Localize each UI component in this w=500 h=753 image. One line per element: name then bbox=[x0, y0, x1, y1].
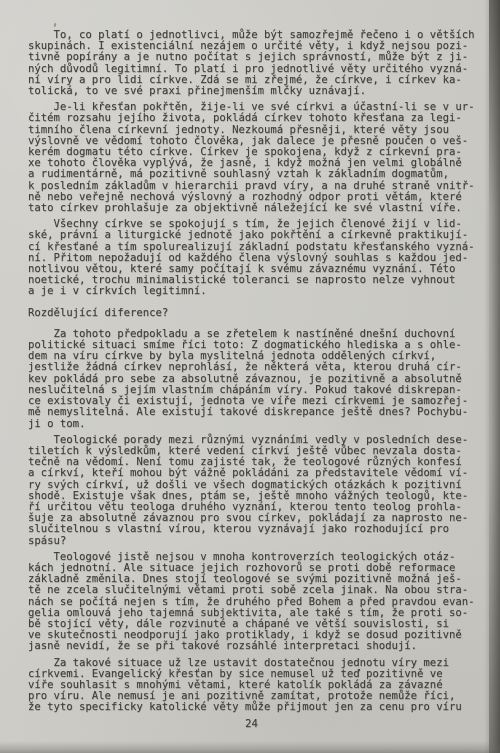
paragraph-6: Teologové jistě nejsou v mnoha kontrover… bbox=[28, 552, 475, 653]
scan-speck bbox=[53, 23, 56, 27]
scan-shadow-right bbox=[484, 0, 500, 753]
page-number: 24 bbox=[28, 719, 475, 730]
paragraph-5: Teologické porady mezi různými vyznáními… bbox=[28, 435, 475, 547]
text-block: To, co platí o jednotlivci, může být sam… bbox=[28, 30, 475, 730]
paragraph-2: Je-li křesťan pokřtěn, žije-li ve své cí… bbox=[28, 102, 475, 214]
paragraph-7: Za takové situace už lze ustavit dostate… bbox=[28, 658, 475, 714]
scanned-document-page: To, co platí o jednotlivci, může být sam… bbox=[0, 0, 500, 753]
paragraph-4: Za tohoto předpokladu a se zřetelem k na… bbox=[28, 329, 475, 430]
scan-shadow-bottom bbox=[0, 741, 500, 753]
paragraph-1: To, co platí o jednotlivci, může být sam… bbox=[28, 30, 475, 97]
section-heading: Rozdělující diference? bbox=[28, 308, 475, 319]
paragraph-3: Všechny církve se spokojují s tím, že je… bbox=[28, 219, 475, 297]
